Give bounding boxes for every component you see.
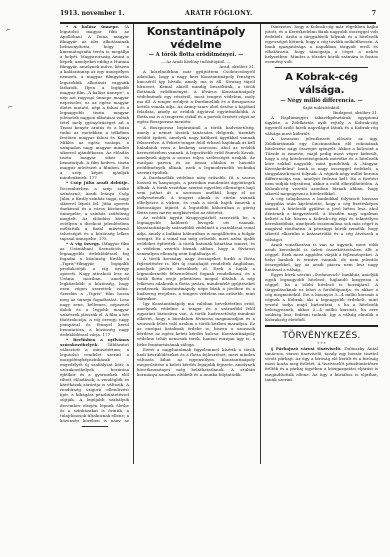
issue-date: 1913. november 1. bbox=[60, 10, 124, 17]
paragraph: A Hajdúmegyei takarékpénztárak egyiptomi… bbox=[265, 115, 378, 135]
paragraph: Az erődök ágyúit Krupp-gyárból szerezték… bbox=[137, 215, 255, 255]
article-berlin: * Berlinben a nyilvános szórakozóhelyek.… bbox=[60, 337, 129, 422]
column-end-rule bbox=[82, 426, 108, 427]
headline-konstantinapoly: Konstantinápoly védelme bbox=[137, 25, 255, 51]
page-number: 7 bbox=[372, 10, 376, 17]
masthead: 1913. november 1. ARATH FÖGLONY. 7 bbox=[60, 9, 376, 21]
subheadline: — Négy millió differencia. — bbox=[265, 98, 378, 105]
paragraph: A Boszporusz bejáratánál a török hadveze… bbox=[137, 125, 255, 175]
paragraph: Ismeretes, hogy a Kobrak-cég már régebbe… bbox=[265, 24, 378, 64]
paragraph: Ezért a nagyhatalmak figyelemmel kísérik… bbox=[137, 347, 255, 377]
paragraph: A tavaszon jelentkezett először az ügy, … bbox=[265, 136, 378, 197]
column-1: * A kalász ünnepe. (A legutolsó magyar f… bbox=[60, 24, 129, 422]
paragraph: Így Konstantinápoly ma valóban bevehetet… bbox=[137, 301, 255, 346]
margin-mark: ⌐ bbox=[6, 27, 11, 34]
paragraph: A cég tulajdonosa a bankokkal folytatott… bbox=[265, 196, 378, 241]
paragraph: A közelmúltban már gyűjtöttem Csöbörcsön… bbox=[137, 69, 255, 125]
paragraph: Aradi vonatkozása is van az ügynek, mert… bbox=[265, 242, 378, 272]
section-rule bbox=[265, 325, 378, 327]
column-2: Konstantinápoly védelme — A török flotta… bbox=[137, 24, 255, 464]
headline-kobrak: A Kobrak-cég válsága. bbox=[265, 71, 378, 97]
article-parbaj: § Párbajozó városi tisztviselő. Zsilinsz… bbox=[265, 346, 378, 381]
column-divider bbox=[260, 24, 261, 464]
margin-mark: ⌐ bbox=[8, 104, 13, 111]
paragraph: A Dardanellák védelme még erősebb. Itt a… bbox=[137, 175, 255, 215]
article-kalasz-unnepe: * A kalász ünnepe. (A legutolsó magyar f… bbox=[60, 24, 129, 180]
article-separator bbox=[275, 67, 368, 68]
paragraph: A török kormány nagy összegeket fordít a… bbox=[137, 256, 255, 301]
article-csop-julia: * Csőp Júlia aradi debütje. Decemberben … bbox=[60, 180, 129, 241]
paragraph: Egyes hírek szerint „Stefanovich" bankhá… bbox=[265, 272, 378, 322]
newspaper-page: 1913. november 1. ARATH FÖGLONY. 7 ⌐ ⌐ *… bbox=[0, 0, 390, 557]
article-vig-ozvegy: * A víg özvegy. (Magyar film az Urániába… bbox=[60, 241, 129, 337]
paper-title: ARATH FÖGLONY. bbox=[185, 10, 252, 17]
column-divider bbox=[133, 24, 134, 464]
column-3: Ismeretes, hogy a Kobrak-cég már régebbe… bbox=[265, 24, 378, 464]
subheadline: — A török flotta erődítményei. — bbox=[137, 52, 255, 59]
